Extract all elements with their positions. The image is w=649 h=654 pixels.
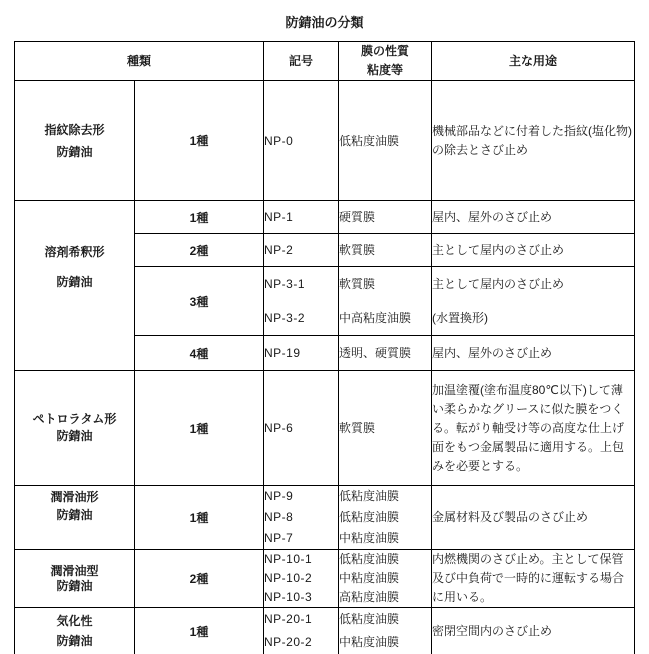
- cell-line: 中粘度油膜: [339, 528, 431, 549]
- cell-line: 金属材料及び製品のさび止め: [432, 508, 634, 527]
- use-cell: 加温塗覆(塗布温度80℃以下)して薄い柔らかなグリースに似た膜をつくる。転がり軸…: [432, 371, 635, 486]
- type-name-line: 潤滑油型: [15, 564, 134, 579]
- type-name-line: 防錆油: [15, 579, 134, 594]
- use-cell: 主として屋内のさび止め(水置換形): [432, 267, 635, 336]
- cell-line: 透明、硬質膜: [339, 343, 431, 363]
- type-name-cell: 潤滑油形防錆油: [15, 486, 135, 550]
- cell-line: NP-20-2: [264, 631, 338, 654]
- type-name-line: 気化性: [15, 611, 134, 631]
- grade-cell: 4種: [135, 336, 264, 371]
- cell-line: NP-0: [264, 131, 338, 151]
- table-row: 潤滑油形防錆油1種NP-9NP-8NP-7低粘度油膜低粘度油膜中粘度油膜金属材料…: [15, 486, 635, 550]
- cell-line: 低粘度油膜: [339, 507, 431, 528]
- film-cell: 硬質膜: [339, 201, 432, 234]
- symbol-cell: NP-20-1NP-20-2: [264, 608, 339, 654]
- table-row: 指紋除去形防錆油1種NP-0低粘度油膜機械部品などに付着した指紋(塩化物)の除去…: [15, 81, 635, 201]
- grade-cell: 1種: [135, 201, 264, 234]
- type-name-line: 防錆油: [15, 141, 134, 163]
- cell-line: NP-6: [264, 418, 338, 438]
- table-row: 潤滑油型防錆油2種NP-10-1NP-10-2NP-10-3低粘度油膜中粘度油膜…: [15, 550, 635, 608]
- type-name-cell: ペトロラタム形防錆油: [15, 371, 135, 486]
- cell-line: 屋内、屋外のさび止め: [432, 208, 634, 227]
- use-cell: 金属材料及び製品のさび止め: [432, 486, 635, 550]
- cell-line: 主として屋内のさび止め: [432, 241, 634, 260]
- use-cell: 屋内、屋外のさび止め: [432, 201, 635, 234]
- col-header-film-line1: 膜の性質: [339, 42, 431, 61]
- symbol-cell: NP-1: [264, 201, 339, 234]
- type-name-line: 防錆油: [15, 428, 134, 445]
- page-title: 防錆油の分類: [0, 14, 649, 32]
- cell-line: NP-9: [264, 486, 338, 507]
- cell-line: 主として屋内のさび止め: [432, 267, 634, 301]
- cell-line: 低粘度油膜: [339, 131, 431, 151]
- cell-line: 内燃機関のさび止め。主として保管及び中負荷で一時的に運転する場合に用いる。: [432, 550, 634, 607]
- cell-line: (水置換形): [432, 301, 634, 335]
- cell-line: 加温塗覆(塗布温度80℃以下)して薄い柔らかなグリースに似た膜をつくる。転がり軸…: [432, 381, 634, 476]
- film-cell: 軟質膜: [339, 234, 432, 267]
- cell-line: 低粘度油膜: [339, 550, 431, 569]
- film-cell: 軟質膜: [339, 371, 432, 486]
- cell-line: 軟質膜: [339, 418, 431, 438]
- cell-line: NP-10-3: [264, 588, 338, 607]
- type-name-cell: 気化性防錆油: [15, 608, 135, 654]
- type-name-cell: 潤滑油型防錆油: [15, 550, 135, 608]
- type-name-line: 防錆油: [15, 631, 134, 651]
- table-row: 気化性防錆油1種NP-20-1NP-20-2低粘度油膜中粘度油膜密閉空間内のさび…: [15, 608, 635, 654]
- cell-line: NP-10-2: [264, 569, 338, 588]
- cell-line: NP-3-1: [264, 267, 338, 301]
- grade-cell: 1種: [135, 608, 264, 654]
- table-row: 溶剤希釈形防錆油1種NP-1硬質膜屋内、屋外のさび止め: [15, 201, 635, 234]
- use-cell: 機械部品などに付着した指紋(塩化物)の除去とさび止め: [432, 81, 635, 201]
- col-header-type: 種類: [15, 42, 264, 81]
- cell-line: NP-19: [264, 343, 338, 363]
- cell-line: 硬質膜: [339, 207, 431, 227]
- film-cell: 透明、硬質膜: [339, 336, 432, 371]
- type-name-line: 指紋除去形: [15, 119, 134, 141]
- col-header-film-line2: 粘度等: [339, 61, 431, 80]
- grade-cell: 1種: [135, 371, 264, 486]
- cell-line: 機械部品などに付着した指紋(塩化物)の除去とさび止め: [432, 122, 634, 160]
- cell-line: 低粘度油膜: [339, 608, 431, 631]
- type-name-cell: 溶剤希釈形防錆油: [15, 201, 135, 371]
- film-cell: 低粘度油膜中粘度油膜高粘度油膜: [339, 550, 432, 608]
- grade-cell: 3種: [135, 267, 264, 336]
- cell-line: 高粘度油膜: [339, 588, 431, 607]
- col-header-film: 膜の性質 粘度等: [339, 42, 432, 81]
- cell-line: NP-8: [264, 507, 338, 528]
- cell-line: 中高粘度油膜: [339, 301, 431, 335]
- grade-cell: 1種: [135, 81, 264, 201]
- table-row: ペトロラタム形防錆油1種NP-6軟質膜加温塗覆(塗布温度80℃以下)して薄い柔ら…: [15, 371, 635, 486]
- grade-cell: 1種: [135, 486, 264, 550]
- use-cell: 主として屋内のさび止め: [432, 234, 635, 267]
- header-row: 種類 記号 膜の性質 粘度等 主な用途: [15, 42, 635, 81]
- col-header-symbol: 記号: [264, 42, 339, 81]
- use-cell: 内燃機関のさび止め。主として保管及び中負荷で一時的に運転する場合に用いる。: [432, 550, 635, 608]
- film-cell: 低粘度油膜低粘度油膜中粘度油膜: [339, 486, 432, 550]
- cell-line: NP-10-1: [264, 550, 338, 569]
- cell-line: NP-1: [264, 207, 338, 227]
- rust-oil-classification-table: 種類 記号 膜の性質 粘度等 主な用途 指紋除去形防錆油1種NP-0低粘度油膜機…: [14, 41, 635, 654]
- symbol-cell: NP-6: [264, 371, 339, 486]
- type-name-line: 防錆油: [15, 267, 134, 297]
- grade-cell: 2種: [135, 550, 264, 608]
- cell-line: NP-7: [264, 528, 338, 549]
- symbol-cell: NP-10-1NP-10-2NP-10-3: [264, 550, 339, 608]
- cell-line: 低粘度油膜: [339, 486, 431, 507]
- col-header-use: 主な用途: [432, 42, 635, 81]
- cell-line: NP-20-1: [264, 608, 338, 631]
- cell-line: 密閉空間内のさび止め: [432, 622, 634, 641]
- grade-cell: 2種: [135, 234, 264, 267]
- type-name-line: 潤滑油形: [15, 488, 134, 506]
- type-name-line: 溶剤希釈形: [15, 237, 134, 267]
- symbol-cell: NP-9NP-8NP-7: [264, 486, 339, 550]
- document-page: 防錆油の分類 種類 記号 膜の性質 粘度等 主な用途 指紋除去形防錆油1種NP-…: [0, 0, 649, 654]
- cell-line: NP-2: [264, 240, 338, 260]
- cell-line: 屋内、屋外のさび止め: [432, 344, 634, 363]
- type-name-line: 防錆油: [15, 506, 134, 524]
- film-cell: 低粘度油膜中粘度油膜: [339, 608, 432, 654]
- symbol-cell: NP-2: [264, 234, 339, 267]
- type-name-cell: 指紋除去形防錆油: [15, 81, 135, 201]
- symbol-cell: NP-19: [264, 336, 339, 371]
- symbol-cell: NP-3-1NP-3-2: [264, 267, 339, 336]
- cell-line: 中粘度油膜: [339, 631, 431, 654]
- film-cell: 低粘度油膜: [339, 81, 432, 201]
- cell-line: 軟質膜: [339, 267, 431, 301]
- film-cell: 軟質膜中高粘度油膜: [339, 267, 432, 336]
- use-cell: 密閉空間内のさび止め: [432, 608, 635, 654]
- symbol-cell: NP-0: [264, 81, 339, 201]
- cell-line: 中粘度油膜: [339, 569, 431, 588]
- type-name-line: ペトロラタム形: [15, 411, 134, 428]
- cell-line: 軟質膜: [339, 240, 431, 260]
- cell-line: NP-3-2: [264, 301, 338, 335]
- use-cell: 屋内、屋外のさび止め: [432, 336, 635, 371]
